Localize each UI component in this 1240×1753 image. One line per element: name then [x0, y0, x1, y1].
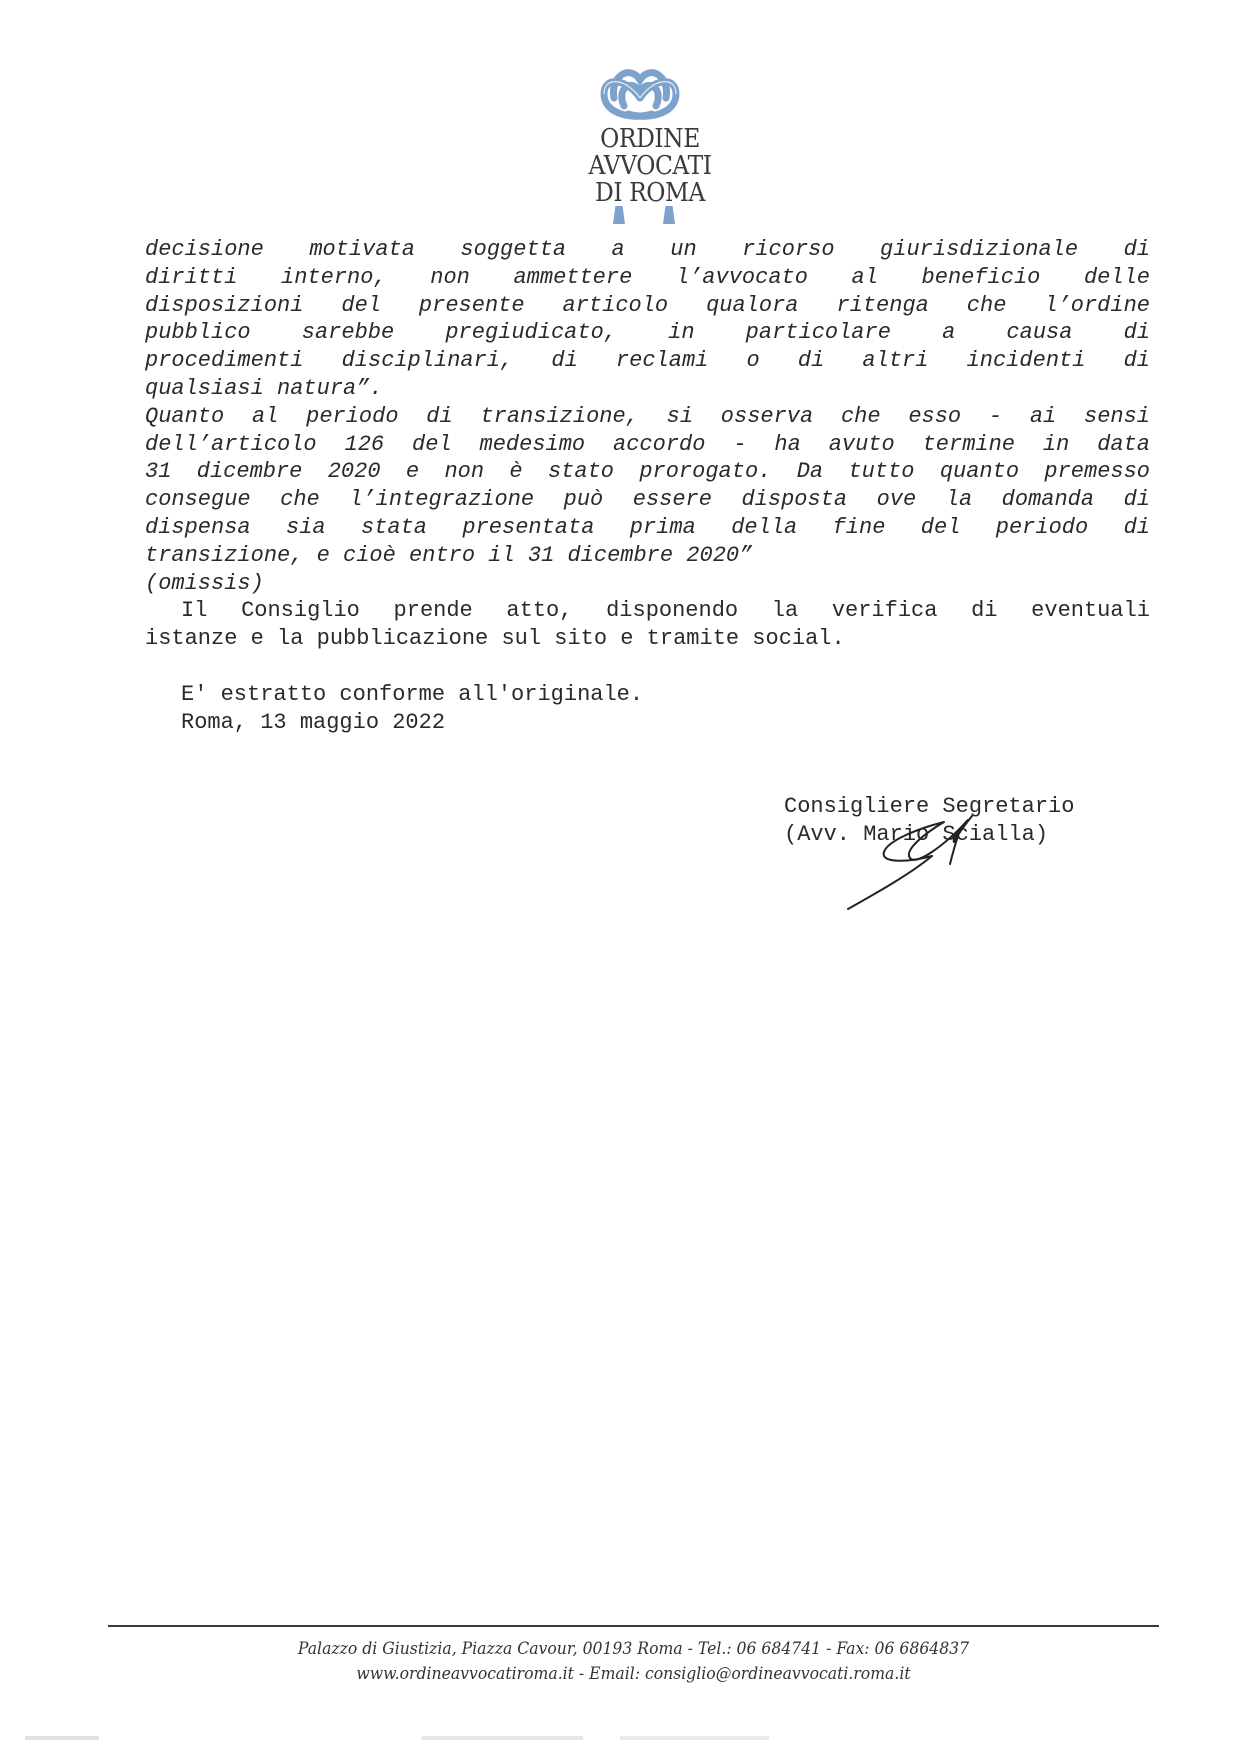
handwritten-signature-icon — [840, 806, 1030, 916]
resolution-line: istanze e la pubblicazione sul sito e tr… — [145, 625, 1150, 653]
text-line: dell’articolo 126 del medesimo accordo -… — [145, 431, 1150, 459]
text-line: 31 dicembre 2020 e non è stato prorogato… — [145, 458, 1150, 486]
text-line: pubblico sarebbe pregiudicato, in partic… — [145, 319, 1150, 347]
document-page: ORDINE AVVOCATI DI ROMA decisione motiva… — [0, 0, 1240, 1753]
text-line: disposizioni del presente articolo qualo… — [145, 292, 1150, 320]
text-line: diritti interno, non ammettere l’avvocat… — [145, 264, 1150, 292]
knot-emblem-icon — [596, 58, 684, 124]
text-line: qualsiasi natura”. — [145, 375, 1150, 403]
text-line: dispensa sia stata presentata prima dell… — [145, 514, 1150, 542]
text-line: decisione motivata soggetta a un ricorso… — [145, 236, 1150, 264]
logo-line-1: ORDINE — [569, 126, 731, 153]
logo-foot-left — [613, 206, 625, 224]
organization-logo: ORDINE AVVOCATI DI ROMA — [560, 56, 740, 231]
text-line: procedimenti disciplinari, di reclami o … — [145, 347, 1150, 375]
logo-wordmark: ORDINE AVVOCATI DI ROMA — [569, 126, 731, 207]
footer-address: Palazzo di Giustizia, Piazza Cavour, 001… — [150, 1637, 1117, 1662]
certification-statement: E' estratto conforme all'originale. — [145, 681, 1150, 709]
scan-artifact — [0, 1736, 1240, 1740]
logo-line-3: DI ROMA — [569, 180, 731, 207]
document-body: decisione motivata soggetta a un ricorso… — [145, 236, 1150, 736]
place-date: Roma, 13 maggio 2022 — [145, 709, 1150, 737]
logo-line-2: AVVOCATI — [569, 153, 731, 180]
text-line: Quanto al periodo di transizione, si oss… — [145, 403, 1150, 431]
footer: Palazzo di Giustizia, Piazza Cavour, 001… — [150, 1637, 1117, 1687]
quoted-text: decisione motivata soggetta a un ricorso… — [145, 236, 1150, 597]
omissis-note: (omissis) — [145, 570, 1150, 598]
logo-foot-right — [663, 206, 675, 224]
text-line: transizione, e cioè entro il 31 dicembre… — [145, 542, 1150, 570]
footer-contacts: www.ordineavvocatiroma.it - Email: consi… — [150, 1662, 1117, 1687]
resolution-line: Il Consiglio prende atto, disponendo la … — [145, 597, 1150, 625]
footer-divider — [108, 1625, 1159, 1627]
text-line: consegue che l’integrazione può essere d… — [145, 486, 1150, 514]
